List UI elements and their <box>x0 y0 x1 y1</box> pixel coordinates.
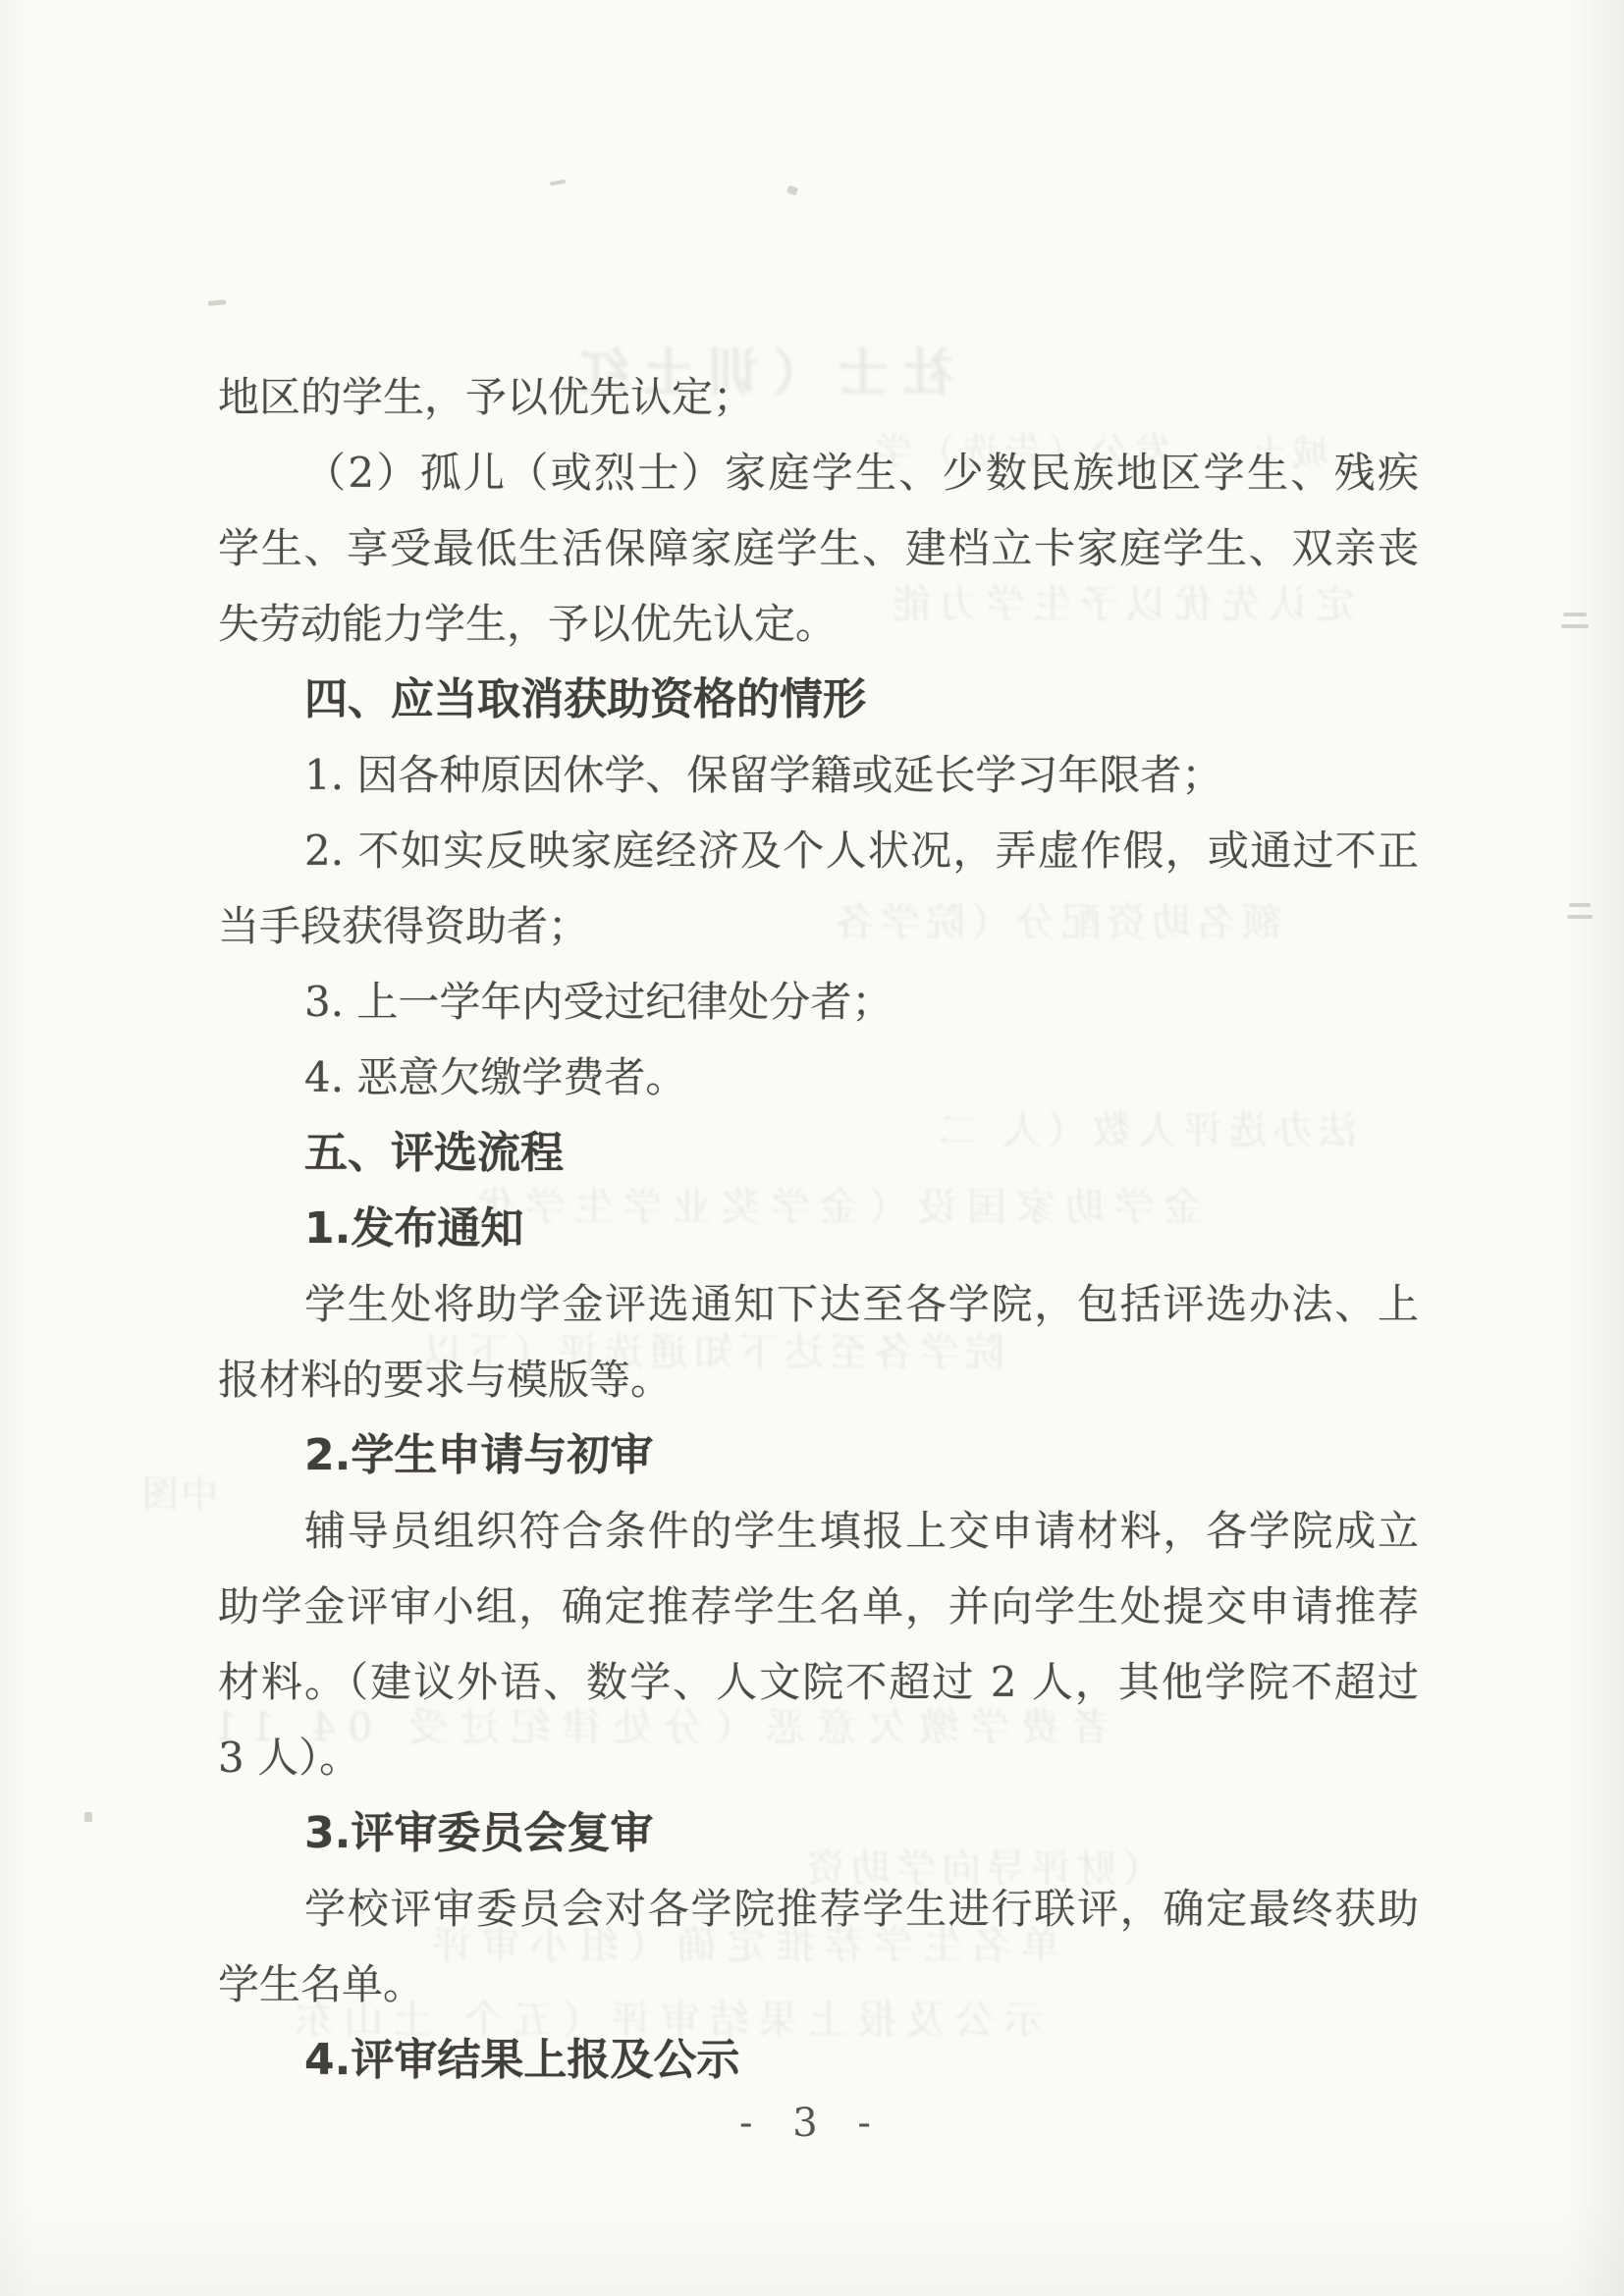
scan-speck <box>550 180 566 187</box>
document-lines: 地区的学生，予以优先认定；（2）孤儿（或烈士）家庭学生、少数民族地区学生、残疾学… <box>218 359 1419 2098</box>
body-text-line: 辅导员组织符合条件的学生填报上交申请材料，各学院成立 <box>218 1493 1419 1569</box>
body-text-line: 学生名单。 <box>218 1947 1419 2022</box>
scan-speck <box>1569 903 1591 907</box>
body-text-line: 学生、享受最低生活保障家庭学生、建档立卡家庭学生、双亲丧 <box>218 510 1419 586</box>
body-text-line: 当手段获得资助者； <box>218 888 1419 964</box>
body-text-line: （2）孤儿（或烈士）家庭学生、少数民族地区学生、残疾 <box>218 435 1419 510</box>
body-text-line: 3 人）。 <box>218 1720 1419 1795</box>
subheading-text-line: 1.发布通知 <box>218 1191 1419 1266</box>
body-text-line: 学校评审委员会对各学院推荐学生进行联评，确定最终获助 <box>218 1871 1419 1947</box>
body-text-line: 1. 因各种原因休学、保留学籍或延长学习年限者； <box>218 737 1419 813</box>
heading-text-line: 四、应当取消获助资格的情形 <box>218 662 1419 737</box>
bleedthrough-ghost-text: 中图 <box>139 1472 218 1518</box>
body-text-line: 地区的学生，予以优先认定； <box>218 359 1419 435</box>
scan-speck <box>786 186 798 196</box>
body-text-line: 学生处将助学金评选通知下达至各学院，包括评选办法、上 <box>218 1266 1419 1342</box>
heading-text-line: 五、评选流程 <box>218 1115 1419 1191</box>
body-text-line: 报材料的要求与模版等。 <box>218 1342 1419 1417</box>
body-text-line: 3. 上一学年内受过纪律处分者； <box>218 964 1419 1040</box>
scan-speck <box>1563 613 1587 616</box>
body-text-line: 4. 恶意欠缴学费者。 <box>218 1040 1419 1115</box>
body-text-line: 助学金评审小组，确定推荐学生名单，并向学生处提交申请推荐 <box>218 1569 1419 1644</box>
scan-speck <box>84 1812 92 1822</box>
subheading-text-line: 2.学生申请与初审 <box>218 1417 1419 1493</box>
page-number: - 3 - <box>0 2101 1624 2146</box>
body-text-line: 2. 不如实反映家庭经济及个人状况，弄虚作假，或通过不正 <box>218 813 1419 888</box>
scan-speck <box>208 299 226 306</box>
scan-speck <box>1567 915 1593 919</box>
body-text-line: 材料。（建议外语、数学、人文院不超过 2 人，其他学院不超过 <box>218 1644 1419 1720</box>
subheading-text-line: 3.评审委员会复审 <box>218 1795 1419 1871</box>
scan-speck <box>1561 624 1589 628</box>
scanned-document-page: 社士（训土红发公（告选）学城土定认先优以予生学力能额名助资配分（院学各法办选评人… <box>0 0 1624 2296</box>
subheading-text-line: 4.评审结果上报及公示 <box>218 2022 1419 2098</box>
body-text-line: 失劳动能力学生，予以优先认定。 <box>218 586 1419 662</box>
